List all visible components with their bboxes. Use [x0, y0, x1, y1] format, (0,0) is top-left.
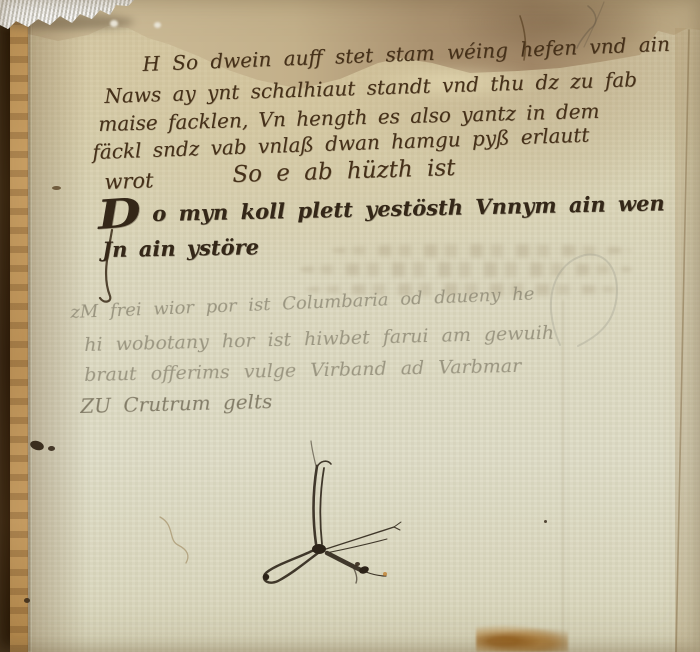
manuscript-photo: H So dwein auff stet stam wéing hefen vn… — [0, 0, 700, 652]
rust-speck — [383, 572, 387, 576]
white-fleck — [110, 20, 118, 27]
ink-speck — [48, 446, 55, 451]
ink-speck — [355, 562, 360, 566]
ink-speck — [544, 520, 547, 523]
ink-overlay — [0, 0, 700, 652]
page-edge-line — [676, 30, 689, 652]
white-fleck — [154, 22, 161, 28]
ink-speck — [52, 186, 61, 190]
initial-descender — [100, 230, 112, 302]
ink-speck — [24, 598, 30, 603]
paper-fiber-icon — [160, 517, 188, 563]
faint-loop — [551, 255, 617, 346]
paper-crease — [562, 300, 564, 648]
scribal-mark-blobs — [263, 544, 370, 580]
scribal-mark-icon — [264, 441, 401, 583]
ascender-stroke — [520, 16, 525, 60]
bottom-stain — [476, 624, 568, 652]
pen-scribble-icon — [584, 2, 604, 47]
